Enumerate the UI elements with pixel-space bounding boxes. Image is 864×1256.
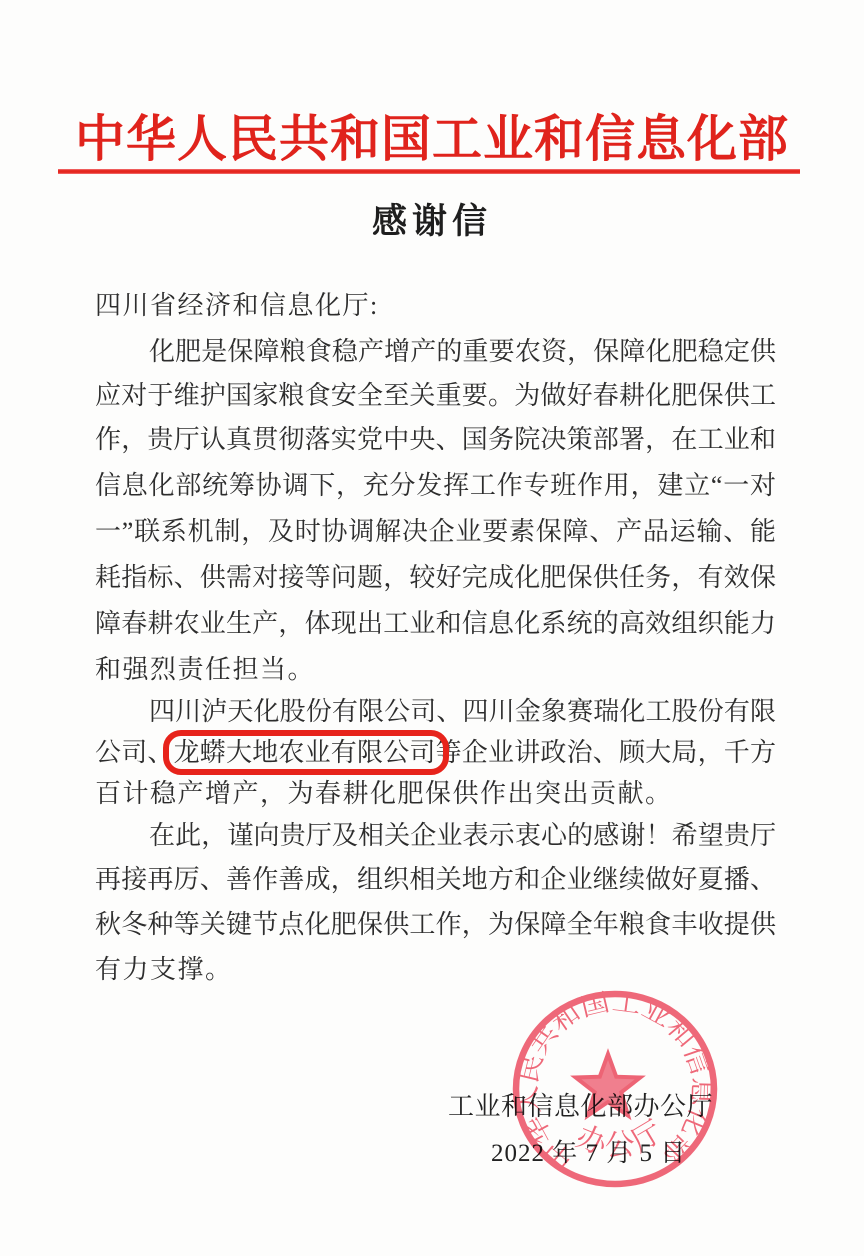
body-line: 障春耕农业生产，体现出工业和信息化系统的高效组织能力 [95, 604, 776, 644]
scanned-letter-page: 中华人民共和国工业和信息化部 感谢信 四川省经济和信息化厅: 化肥是保障粮食稳产… [0, 0, 864, 1256]
body-line: 作，贵厅认真贯彻落实党中央、国务院决策部署，在工业和 [95, 420, 776, 460]
official-seal: 中华人民共和国工业和信息化部 办公厅 [508, 988, 722, 1192]
body-line: 四川泸天化股份有限公司、四川金象赛瑞化工股份有限 [95, 692, 776, 732]
letter-title: 感谢信 [0, 194, 864, 244]
letterhead-divider [58, 169, 800, 174]
body-line: 秋冬种等关键节点化肥保供工作，为保障全年粮食丰收提供 [95, 905, 776, 945]
body-line: 有力支撑。 [95, 950, 776, 990]
body-line: 一”联系机制，及时协调解决企业要素保障、产品运输、能 [95, 512, 776, 552]
company-name-highlight-box: 龙蟒大地农业有限公司 [174, 738, 436, 767]
ministry-letterhead: 中华人民共和国工业和信息化部 [0, 99, 864, 171]
body-line: 和强烈责任担当。 [95, 650, 776, 690]
body-line: 再接再厉、善作善成，组织相关地方和企业继续做好夏播、 [95, 860, 776, 900]
body-line: 耗指标、供需对接等问题，较好完成化肥保供任务，有效保 [95, 558, 776, 598]
body-line: 信息化部统筹协调下，充分发挥工作专班作用，建立“一对 [95, 466, 776, 506]
highlight-post-text: 等企业讲政治、顾大局，千方 [436, 738, 776, 767]
seal-bottom-text: 办公厅 [571, 1115, 668, 1163]
salutation: 四川省经济和信息化厅: [95, 286, 776, 326]
body-line-with-highlight: 公司、龙蟒大地农业有限公司等企业讲政治、顾大局，千方 [95, 733, 776, 773]
body-line: 应对于维护国家粮食安全至关重要。为做好春耕化肥保供工 [95, 376, 776, 416]
seal-star-icon [576, 1054, 641, 1116]
body-line: 在此，谨向贵厅及相关企业表示衷心的感谢！希望贵厅 [95, 816, 776, 856]
highlight-pre-text: 公司、 [95, 738, 174, 767]
body-line: 化肥是保障粮食稳产增产的重要农资，保障化肥稳定供 [95, 332, 776, 372]
body-line: 百计稳产增产，为春耕化肥保供作出突出贡献。 [95, 774, 776, 814]
